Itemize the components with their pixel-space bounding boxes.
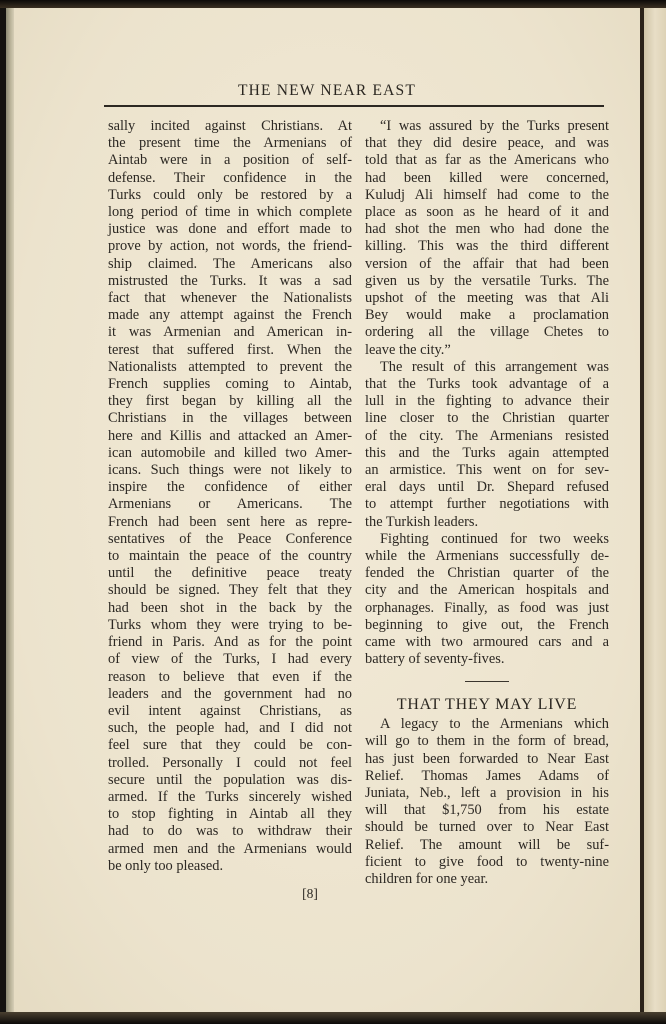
text-line: an armistice. This went on for sev- [365, 462, 609, 479]
left-column: sally incited against Christians. At the… [108, 118, 352, 875]
text-line: of the city. The Armenians resisted [365, 428, 609, 445]
text-line: fended the Christian quarter of the [365, 565, 609, 582]
text-line: secure until the population was dis- [108, 772, 352, 789]
text-line: will go to them in the form of bread, [365, 733, 609, 750]
text-line: justice was done and effort made to [108, 221, 352, 238]
text-line: had shot the men who had done the [365, 221, 609, 238]
text-line: that the Turks took advantage of a [365, 376, 609, 393]
scan-top-edge [0, 0, 666, 8]
text-line: ship claimed. The Americans also [108, 256, 352, 273]
text-line: the Turkish leaders. [365, 514, 609, 531]
text-line: lull in the fighting to advance their [365, 393, 609, 410]
text-line: inspire the confidence of either [108, 479, 352, 496]
text-line: had been killed were concerned, [365, 170, 609, 187]
text-line: killing. This was the third different [365, 238, 609, 255]
text-line: armed. If the Turks sincerely wished [108, 789, 352, 806]
text-line: friend in Paris. And as for the point [108, 634, 352, 651]
text-line: evil intent against Christians, as [108, 703, 352, 720]
text-line: Christians in the villages between [108, 410, 352, 427]
text-line: version of the affair that had been [365, 256, 609, 273]
text-line: feel sure that they could be con- [108, 737, 352, 754]
left-column-paragraph: sally incited against Christians. At the… [108, 118, 352, 875]
text-line: to maintain the peace of the country [108, 548, 352, 565]
section-divider [465, 681, 509, 683]
text-line: that they did desire peace, and was [365, 135, 609, 152]
text-line: long period of time in which complete [108, 204, 352, 221]
text-line: this and the Turks again attempted [365, 445, 609, 462]
text-line: Relief. The amount will be suf- [365, 837, 609, 854]
text-line: came with two armoured cars and a [365, 634, 609, 651]
page-left-edge [6, 8, 14, 1012]
text-line: line closer to the Christian quarter [365, 410, 609, 427]
text-line: Relief. Thomas James Adams of [365, 768, 609, 785]
page-number: [8] [0, 886, 643, 902]
text-line: terest that suffered first. When the [108, 342, 352, 359]
text-line: Aintab were in a position of self- [108, 152, 352, 169]
text-line: to stop fighting in Aintab all they [108, 806, 352, 823]
text-line: armed men and the Armenians would [108, 841, 352, 858]
text-line: Juniata, Neb., left a provision in his [365, 785, 609, 802]
text-line: while the Armenians successfully de- [365, 548, 609, 565]
section-heading: THAT THEY MAY LIVE [365, 696, 609, 713]
fighting-paragraph: Fighting continued for two weeks while t… [365, 531, 609, 669]
text-line: Turks whom they were trying to be- [108, 617, 352, 634]
header-rule [104, 105, 604, 107]
text-line: sally incited against Christians. At [108, 118, 352, 135]
text-line: Armenians or Americans. The [108, 496, 352, 513]
text-line: be only too pleased. [108, 858, 352, 875]
text-line: reason to believe that even if the [108, 669, 352, 686]
text-line: battery of seventy-fives. [365, 651, 609, 668]
text-line: French had been sent here as repre- [108, 514, 352, 531]
text-line: place as soon as he heard of it and [365, 204, 609, 221]
text-line: given us by the versatile Turks. The [365, 273, 609, 290]
text-line: ican automobile and killed two Amer- [108, 445, 352, 462]
text-line: the present time the Armenians of [108, 135, 352, 152]
running-head: THE NEW NEAR EAST [0, 82, 666, 100]
text-line: Kuludj Ali himself had come to the [365, 187, 609, 204]
text-line: Turks could only be restored by a [108, 187, 352, 204]
text-line: eral days until Dr. Shepard refused [365, 479, 609, 496]
text-line: icans. Such things were not likely to [108, 462, 352, 479]
text-line: it was Armenian and American in- [108, 324, 352, 341]
text-line: mistrusted the Turks. It was a sad [108, 273, 352, 290]
text-line: city and the American hospitals and [365, 582, 609, 599]
text-line: of view of the Turks, I had every [108, 651, 352, 668]
text-line: The result of this arrangement was [365, 359, 609, 376]
text-line: ordering all the village Chetes to [365, 324, 609, 341]
text-line: should be turned over to Near East [365, 819, 609, 836]
text-line: such, the people had, and I did not [108, 720, 352, 737]
text-line: beginning to give out, the French [365, 617, 609, 634]
text-line: will that $1,750 from his estate [365, 802, 609, 819]
text-line: should be signed. They felt that they [108, 582, 352, 599]
text-line: orphanages. Finally, as food was just [365, 600, 609, 617]
text-line: upshot of the meeting was that Ali [365, 290, 609, 307]
text-line: they first began by killing all the [108, 393, 352, 410]
text-line: here and Killis and attacked an Amer- [108, 428, 352, 445]
text-line: leave the city.” [365, 342, 609, 359]
text-line: ficient to give food to twenty-nine [365, 854, 609, 871]
text-line: defense. Their confidence in the [108, 170, 352, 187]
text-line: has just been forwarded to Near East [365, 751, 609, 768]
text-line: sentatives of the Peace Conference [108, 531, 352, 548]
text-line: fact that whenever the Nationalists [108, 290, 352, 307]
text-line: to attempt further negotiations with [365, 496, 609, 513]
text-line: “I was assured by the Turks present [365, 118, 609, 135]
text-line: leaders and the government had no [108, 686, 352, 703]
text-line: French supplies coming to Aintab, [108, 376, 352, 393]
text-line: prove by action, not words, the friend- [108, 238, 352, 255]
text-line: made any attempt against the French [108, 307, 352, 324]
text-line: Nationalists attempted to prevent the [108, 359, 352, 376]
text-line: had to do was to withdraw their [108, 823, 352, 840]
text-line: told that as far as the Americans who [365, 152, 609, 169]
text-line: until the definitive peace treaty [108, 565, 352, 582]
text-line: Fighting continued for two weeks [365, 531, 609, 548]
right-column: “I was assured by the Turks present that… [365, 118, 609, 888]
text-line: had been shot in the back by the [108, 600, 352, 617]
legacy-paragraph: A legacy to the Armenians which will go … [365, 716, 609, 888]
text-line: trolled. Personally I could not feel [108, 755, 352, 772]
scan-bottom-edge [0, 1012, 666, 1024]
text-line: A legacy to the Armenians which [365, 716, 609, 733]
adjacent-page-edge [644, 8, 666, 1012]
quote-paragraph: “I was assured by the Turks present that… [365, 118, 609, 359]
result-paragraph: The result of this arrangement was that … [365, 359, 609, 531]
text-line: Bey would make a proclamation [365, 307, 609, 324]
